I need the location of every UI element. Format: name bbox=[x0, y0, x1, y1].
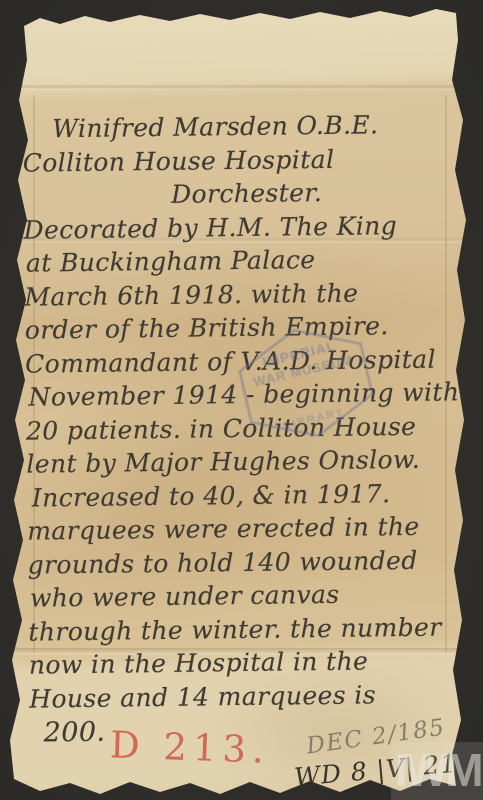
handwriting-line: March 6th 1918. with the bbox=[24, 277, 454, 316]
handwriting-line: Commandant of V.A.D. Hospital bbox=[25, 344, 455, 383]
handwriting-text: Winifred Marsden O.B.E.Colliton House Ho… bbox=[22, 109, 460, 751]
handwriting-line: Decorated by H.M. The King bbox=[23, 210, 453, 249]
handwriting-line: marquees were erected in the bbox=[27, 511, 457, 550]
handwriting-line: Increased to 40, & in 1917. bbox=[27, 478, 457, 517]
paper-document: Winifred Marsden O.B.E.Colliton House Ho… bbox=[0, 0, 483, 800]
handwriting-line: House and 14 marquees is bbox=[29, 679, 459, 718]
handwriting-line: order of the British Empire. bbox=[25, 310, 455, 349]
archival-photo: Winifred Marsden O.B.E.Colliton House Ho… bbox=[0, 0, 483, 800]
handwriting-line: who were under canvas bbox=[28, 578, 458, 617]
handwriting-line: now in the Hospital in the bbox=[29, 645, 459, 684]
fold-crease-top bbox=[8, 84, 473, 90]
iwm-watermark: IWM bbox=[391, 742, 483, 800]
handwriting-line: at Buckingham Palace bbox=[24, 243, 454, 282]
handwriting-line: Dorchester. bbox=[23, 176, 453, 215]
handwriting-line: Winifred Marsden O.B.E. bbox=[22, 109, 452, 148]
handwriting-line: Colliton House Hospital bbox=[23, 143, 453, 182]
handwriting-line: 20 patients. in Colliton House bbox=[26, 411, 456, 450]
handwriting-line: lent by Major Hughes Onslow. bbox=[26, 444, 456, 483]
red-reference: D 213. bbox=[109, 723, 270, 772]
handwriting-line: November 1914 - beginning with bbox=[25, 377, 455, 416]
handwriting-line: through the winter. the number bbox=[28, 612, 458, 651]
handwriting-line: grounds to hold 140 wounded bbox=[27, 545, 457, 584]
